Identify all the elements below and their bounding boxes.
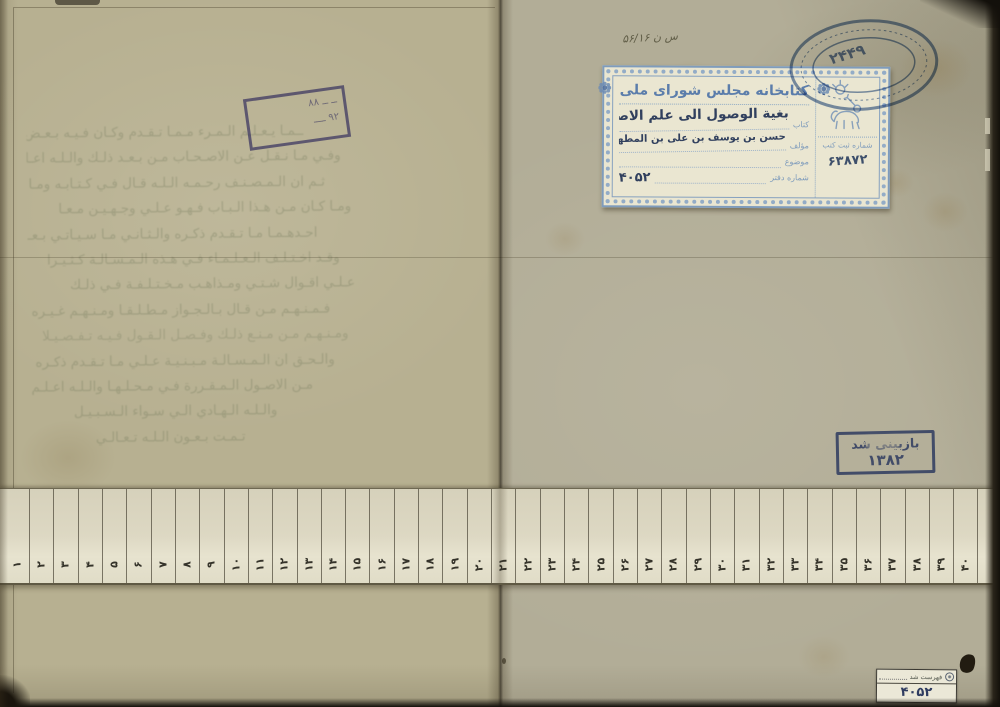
field-label-subject: موضوع: [785, 157, 809, 168]
ruler-number: ۳۴: [813, 558, 826, 571]
daftar-number-handwritten: ۴۰۵۲: [619, 170, 651, 185]
ruler-cell: ۲: [29, 489, 54, 583]
ruler-cell: ۳۲: [759, 489, 784, 583]
ruler-cell: ۱۱: [248, 489, 273, 583]
field-row-subject: موضوع: [619, 151, 809, 168]
ruler-number: ۱: [10, 561, 23, 568]
ruler-number: ۱۸: [424, 558, 437, 571]
ruler-cell: ۲۰: [467, 489, 492, 583]
rosette-icon: [599, 81, 612, 98]
ruler-cell: ۳۴: [807, 489, 832, 583]
ruler-cell: ۲۱: [491, 489, 516, 583]
catalog-note: فهرست شد: [910, 672, 943, 680]
blank-dotted-line: [619, 153, 781, 168]
ruler-number: ۳۷: [886, 558, 899, 571]
ruler-number: ۳۱: [740, 558, 753, 571]
ruler-number: ۱۷: [399, 558, 412, 571]
field-row-book: کتاب بغیة الوصول الی علم الاصول: [619, 104, 809, 131]
ruler-cell: ۱۶: [370, 489, 395, 583]
catalog-label: فهرست شد ۴۰۵۲: [876, 669, 957, 704]
ruler-cell: ۳۷: [880, 489, 905, 583]
ruler-cell: ۳۸: [905, 489, 930, 583]
scanned-book-spread: ــمـا يـعـلـم الـمـرء مـمـا تـقـدم وكـان…: [0, 0, 1000, 707]
library-name: کتابخانه مجلس شورای ملی: [620, 82, 809, 99]
review-stamp: بازبینی شد ۱۳۸۲: [836, 430, 936, 475]
field-row-author: مؤلف حسن بن یوسف بن علی بن المطهر الحلی …: [619, 130, 809, 152]
register-number-handwritten: ۶۳۸۷۲: [827, 152, 868, 170]
ruler-number: ۱۵: [351, 558, 364, 571]
ruler-cell: ۲۹: [686, 489, 711, 583]
ruler-cell: ۱۹: [442, 489, 467, 583]
field-label-book: کتاب: [793, 120, 809, 131]
ruler-cell: ۴۰: [953, 489, 978, 583]
catalog-number: ۴۰۵۲: [877, 684, 956, 703]
ruler-number: ۱۳: [302, 558, 315, 571]
ruler-cell: ۳۶: [856, 489, 881, 583]
showthrough-line: والـحـق ان الـمـسـالـة مـبـنـيـة عـلـي م…: [29, 347, 335, 376]
ruler-cell: ۱۳: [297, 489, 322, 583]
bookplate-main: کتابخانه مجلس شورای ملی کتاب بغیة الوصول…: [613, 76, 816, 197]
ruler-number: ۲۲: [521, 558, 534, 571]
ruler-cell: ۲۲: [515, 489, 540, 583]
ruler-number: ۹: [205, 561, 218, 568]
ruler-cell: ۱۴: [321, 489, 346, 583]
ruler-number: ۳۰: [716, 558, 729, 571]
left-page-top-edge-line: [13, 7, 495, 8]
ruler-cell: ۱۵: [345, 489, 370, 583]
ruler-cell: ۳: [53, 489, 78, 583]
ruler-number: ۲۵: [594, 558, 607, 571]
left-page-edge-line: [13, 8, 14, 693]
ruler-number: ۱۹: [448, 558, 461, 571]
showthrough-line: فـمـنـهـم مـن قـال بـالـجـواز مـطـلـقـا …: [28, 296, 330, 325]
ruler-cell: ۱: [5, 489, 30, 583]
ruler-number: ۸: [181, 561, 194, 568]
ruler-number: ۲۳: [545, 558, 558, 571]
book-title-handwritten: بغیة الوصول الی علم الاصول: [619, 105, 789, 132]
small-round-stamp-icon: [945, 672, 954, 681]
ruler-cell: ۷: [151, 489, 176, 583]
ruler-number: ۱۰: [229, 558, 242, 571]
showthrough-line: والـلـه الـهـادي الـي سـواء الـسـبـيـل: [29, 399, 277, 427]
ruler-number: ۱۶: [375, 558, 388, 571]
ruler-number: ۳۳: [789, 558, 802, 571]
ruler-cell: ۲۵: [588, 489, 613, 583]
showthrough-line: ثـم ان الـمـصـنـف رحـمـه الـلـه قـال فـي…: [27, 169, 325, 198]
ruler-number: ۲۶: [618, 558, 631, 571]
ruler-cell: ۹: [199, 489, 224, 583]
ruler-cell: ۸: [175, 489, 200, 583]
showthrough-line: عـلـي اقـوال شـتـي ومـذاهـب مـخـتـلـفـة …: [28, 271, 355, 300]
ruler-number: ۲۴: [570, 558, 583, 571]
ruler-number: ۲۰: [472, 558, 485, 571]
ruler-number: ۲۱: [497, 558, 510, 571]
ruler-cell: ۱۰: [224, 489, 249, 583]
ruler-number: ۴۰: [959, 558, 972, 571]
ruler-cell: ۳۳: [783, 489, 808, 583]
field-row-register: شماره دفتر ۴۰۵۲: [619, 167, 809, 184]
ruler-cell: ۲۴: [564, 489, 589, 583]
showthrough-line: ومـنـهـم مـن مـنـع ذلـك وفـصـل الـقـول ف…: [28, 322, 348, 351]
ruler-cell: ۳۵: [832, 489, 857, 583]
ruler-number: ۷: [156, 561, 169, 568]
ruler-cell: ۲۶: [613, 489, 638, 583]
showthrough-line: وقـد اخـتـلـف الـعـلـمـاء فـي هـذه الـمـ…: [28, 246, 340, 275]
ruler-number: ۳۵: [837, 558, 850, 571]
ruler-number: ۱۱: [254, 558, 267, 571]
ruler-scale: ۱۲۳۴۵۶۷۸۹۱۰۱۱۱۲۱۳۱۴۱۵۱۶۱۷۱۸۱۹۲۰۲۱۲۲۲۳۲۴۲…: [0, 488, 1000, 585]
blank-dotted-line: [655, 170, 767, 185]
review-stamp-year: ۱۳۸۲: [843, 450, 928, 470]
ruler-number: ۳۹: [935, 558, 948, 571]
showthrough-line: ومـا كـان مـن هـذا الـبـاب فـهـو عـلـي و…: [27, 195, 351, 224]
ruler-number: ۱۴: [327, 558, 340, 571]
ruler-number: ۲: [35, 561, 48, 568]
ruler-cell: ۲۳: [540, 489, 565, 583]
ruler-number: ۳: [59, 561, 72, 568]
showthrough-text: ــمـا يـعـلـم الـمـرء مـمـا تـقـدم وكـان…: [26, 118, 361, 452]
ruler-cell: ۲۷: [637, 489, 662, 583]
ruler-number: ۱۲: [278, 558, 291, 571]
ruler-number: ۲۸: [667, 558, 680, 571]
catalog-label-top-row: فهرست شد: [877, 670, 956, 685]
stamp-fade-patch: [867, 436, 899, 451]
ruler-number: ۴: [83, 561, 96, 568]
gutter-shadow: [487, 0, 513, 707]
dotted-line: [879, 673, 907, 679]
ruler-cell: ۳۰: [710, 489, 735, 583]
ruler-cell: ۳۹: [929, 489, 954, 583]
ruler-cell: ۱۷: [394, 489, 419, 583]
showthrough-line: احـدهـمـا مـا تـقـدم ذكـره والـثـانـي مـ…: [27, 220, 317, 248]
bookplate-header: کتابخانه مجلس شورای ملی: [619, 76, 809, 105]
ruler-cell: ۵: [102, 489, 127, 583]
ruler-number: ۵: [108, 561, 121, 568]
ruler-cell: ۶: [126, 489, 151, 583]
ruler-number: ۳۲: [764, 558, 777, 571]
showthrough-line: مـن الاصـول الـمـقـررة فـي مـحـلـهـا وال…: [29, 373, 313, 401]
author-handwritten: حسن بن یوسف بن علی بن المطهر الحلی (علام…: [619, 131, 786, 153]
oval-library-stamp: ۲۴۴۹: [782, 11, 946, 120]
ruler-cell: ۳۱: [734, 489, 759, 583]
ruler-cell: ۱۲: [272, 489, 297, 583]
showthrough-line: تـمـت بـعـون الـلـه تـعـالـي: [29, 424, 245, 452]
ruler-number: ۳۶: [862, 558, 875, 571]
ruler-number: ۲۷: [643, 558, 656, 571]
ruler-number: ۶: [132, 561, 145, 568]
ruler-cell: ۲۸: [661, 489, 686, 583]
showthrough-line: وفـي مـا نـقـل عـن الاصـحـاب مـن بـعـد ذ…: [27, 144, 341, 173]
ruler-cell: ۴: [78, 489, 103, 583]
ruler-cell: ۱۸: [418, 489, 443, 583]
field-label-register: شماره دفتر: [770, 173, 809, 184]
ruler-number: ۳۸: [910, 558, 923, 571]
register-label: شماره ثبت کتب: [822, 140, 872, 149]
field-label-author: مؤلف: [790, 141, 809, 152]
ruler-number: ۲۹: [691, 558, 704, 571]
